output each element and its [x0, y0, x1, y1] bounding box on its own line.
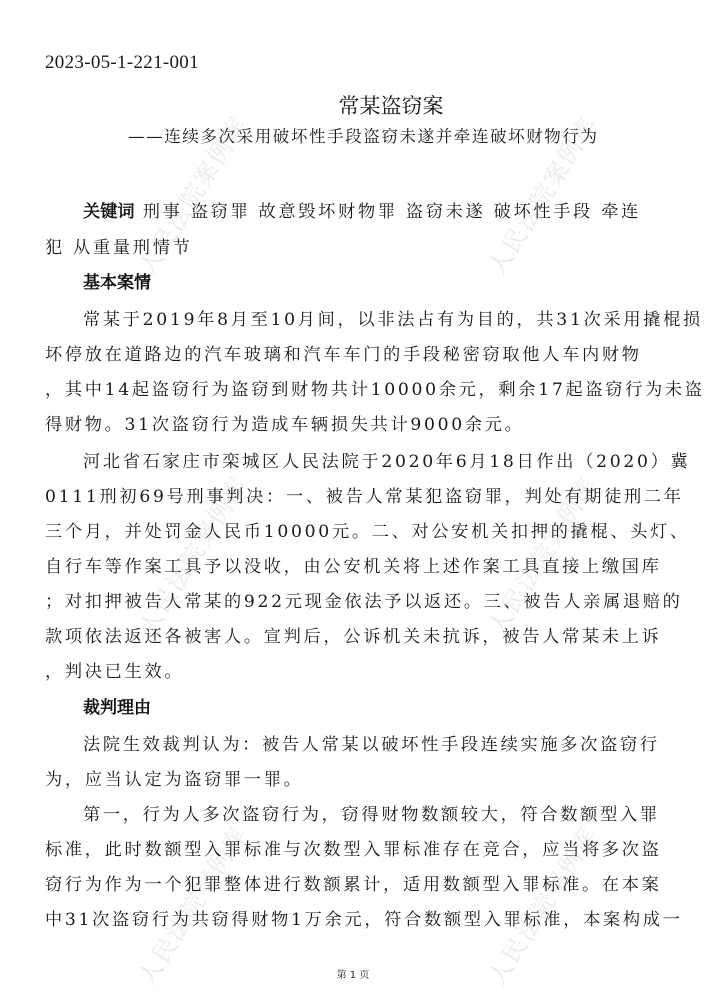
keywords-label: 关键词 [83, 202, 135, 222]
paragraph-line: 0111刑初69号刑事判决：一、被告人常某犯盗窃罪，判处有期徒刑二年 [45, 482, 684, 507]
paragraph-line: 窃行为作为一个犯罪整体进行数额累计，适用数额型入罪标准。在本案 [45, 870, 662, 895]
section-heading-reasoning: 裁判理由 [83, 693, 151, 718]
paragraph-line: 款项依法返还各被害人。宣判后，公诉机关未抗诉，被告人常某未上诉 [45, 622, 662, 647]
paragraph-line: 河北省石家庄市栾城区人民法院于2020年6月18日作出（2020）冀 [83, 447, 690, 472]
document-subtitle: ——连续多次采用破坏性手段盗窃未遂并牵连破坏财物行为 [128, 123, 599, 147]
keywords-line-2: 犯 从重量刑情节 [45, 233, 192, 258]
case-id: 2023-05-1-221-001 [45, 52, 199, 74]
paragraph-line: ，判决已生效。 [45, 657, 184, 682]
page-number: 第 1 页 [0, 966, 706, 981]
keywords-line: 关键词 刑事 盗窃罪 故意毁坏财物罪 盗窃未遂 破坏性手段 牵连 [83, 197, 641, 222]
document-title: 常某盗窃案 [0, 90, 706, 120]
paragraph-line: 常某于2019年8月至10月间，以非法占有为目的，共31次采用撬棍损 [83, 305, 703, 330]
section-heading-basic-facts: 基本案情 [83, 268, 151, 293]
paragraph-line: ；对扣押被告人常某的922元现金依法予以返还。三、被告人亲属退赔的 [45, 587, 683, 612]
keywords-values: 刑事 盗窃罪 故意毁坏财物罪 盗窃未遂 破坏性手段 牵连 [143, 202, 641, 222]
paragraph-line: 为，应当认定为盗窃罪一罪。 [45, 765, 304, 790]
paragraph-line: 坏停放在道路边的汽车玻璃和汽车车门的手段秘密窃取他人车内财物 [45, 340, 642, 365]
paragraph-line: 中31次盗窃行为共窃得财物1万余元，符合数额型入罪标准，本案构成一 [45, 905, 683, 930]
paragraph-line: 三个月，并处罚金人民币10000元。二、对公安机关扣押的撬棍、头灯、 [45, 517, 690, 542]
paragraph-line: 得财物。31次盗窃行为造成车辆损失共计9000余元。 [45, 410, 525, 435]
paragraph-line: 自行车等作案工具予以没收，由公安机关将上述作案工具直接上缴国库 [45, 552, 662, 577]
paragraph-line: 法院生效裁判认为：被告人常某以破坏性手段连续实施多次盗窃行 [83, 730, 660, 755]
paragraph-line: ，其中14起盗窃行为盗窃到财物共计10000余元，剩余17起盗窃行为未盗 [45, 375, 705, 400]
paragraph-line: 标准，此时数额型入罪标准与次数型入罪标准存在竞合，应当将多次盗 [45, 835, 662, 860]
keywords-values-continued: 犯 从重量刑情节 [45, 238, 192, 258]
paragraph-line: 第一，行为人多次盗窃行为，窃得财物数额较大，符合数额型入罪 [83, 800, 660, 825]
